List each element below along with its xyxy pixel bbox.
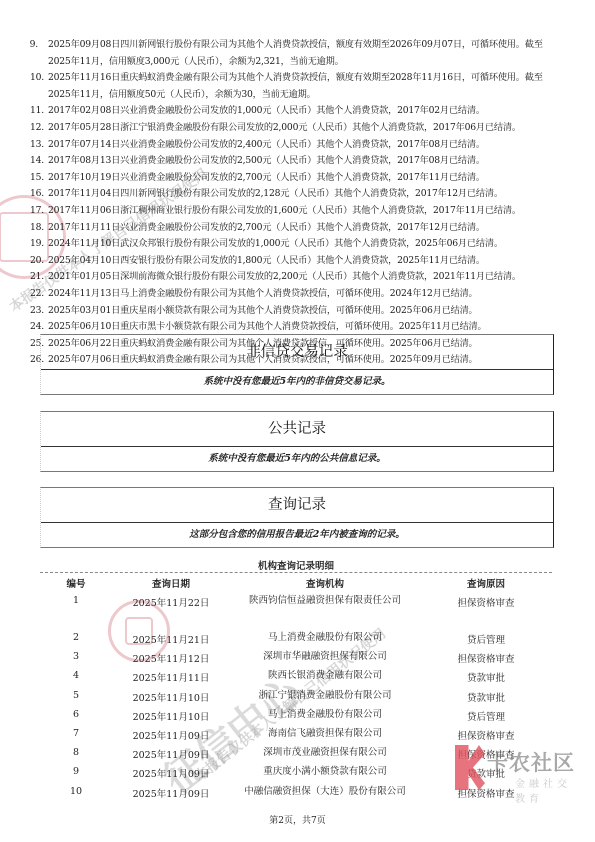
list-item-text: 2024年11月10日武汉众邦银行股份有限公司发放的1,000元（人民币）其他个…	[48, 238, 503, 249]
list-item: 21.2021年01月05日深圳前海微众银行股份有限公司发放的2,200元（人民…	[0, 269, 595, 286]
list-item-text: 2017年11月04日四川新网银行股份有限公司发放的2,128元（人民币）其他个…	[48, 188, 503, 199]
list-item-text: 2017年11月06日浙江稠州商业银行股份有限公司发放的1,600元（人民币）其…	[48, 205, 521, 216]
list-item-number: 26.	[0, 352, 44, 369]
cell-reason: 贷后管理	[420, 628, 552, 647]
cell-no: 5	[40, 686, 112, 705]
list-item: 23.2025年03月01日重庆星雨小额贷款有限公司为其他个人消费贷款授信，可循…	[0, 303, 595, 320]
cell-reason: 贷后管理	[420, 705, 552, 724]
list-item-number: 17.	[0, 203, 44, 220]
list-item: 14.2017年08月13日兴业消费金融股份公司发放的2,500元（人民币）其他…	[0, 153, 595, 170]
list-item-number: 16.	[0, 186, 44, 203]
cell-date: 2025年11月12日	[112, 647, 230, 666]
cell-no: 1	[40, 591, 112, 628]
table-row: 72025年11月09日海南信飞融资担保有限公司担保资格审查	[40, 724, 552, 743]
list-item: 10.2025年11月16日重庆蚂蚁消费金融有限公司为其他个人消费贷款授信，额度…	[0, 70, 595, 87]
list-item: 9.2025年09月08日四川新网银行股份有限公司为其他个人消费贷款授信，额度有…	[0, 37, 595, 54]
brand-watermark-logo: 卡农社区 金融社交教育	[455, 745, 575, 795]
cell-org: 马上消费金融股份有限公司	[230, 705, 420, 724]
list-item-number: 23.	[0, 303, 44, 320]
list-item-number: 11.	[0, 103, 44, 120]
cell-date: 2025年11月11日	[112, 666, 230, 685]
cell-no: 6	[40, 705, 112, 724]
cell-no: 8	[40, 743, 112, 762]
cell-org: 马上消费金融股份有限公司	[230, 628, 420, 647]
cell-date: 2025年11月09日	[112, 724, 230, 743]
cell-org: 陕西长银消费金融有限公司	[230, 666, 420, 685]
cell-org: 重庆度小满小额贷款有限公司	[230, 762, 420, 781]
column-header-reason: 查询原因	[420, 575, 552, 591]
list-item-number: 19.	[0, 236, 44, 253]
list-item: 15.2017年10月19日兴业消费金融股份公司发放的2,700元（人民币）其他…	[0, 170, 595, 187]
list-item-text: 2024年11月13日马上消费金融股份有限公司为其他个人消费贷款授信，可循环使用…	[48, 288, 478, 299]
page-number: 第2页，共7页	[0, 813, 595, 826]
list-item-number: 22.	[0, 286, 44, 303]
section-title: 公共记录	[41, 412, 553, 447]
account-list: 9.2025年09月08日四川新网银行股份有限公司为其他个人消费贷款授信，额度有…	[0, 37, 595, 369]
list-item: 2025年11月，信用额度3,000元（人民币），余额为2,321，当前无逾期。	[0, 54, 595, 71]
cell-date: 2025年11月10日	[112, 705, 230, 724]
brand-name: 卡农社区	[487, 747, 575, 777]
list-item: 11.2017年02月08日兴业消费金融股份公司发放的1,000元（人民币）其他…	[0, 103, 595, 120]
list-item-number: 15.	[0, 170, 44, 187]
list-item: 18.2017年11月11日兴业消费金融股份公司发放的2,700元（人民币）其他…	[0, 220, 595, 237]
cell-reason: 贷款审批	[420, 686, 552, 705]
list-item-text: 2017年07月14日兴业消费金融股份公司发放的2,400元（人民币）其他个人消…	[48, 139, 485, 150]
list-item-number: 12.	[0, 120, 44, 137]
section-title: 非信贷交易记录	[41, 335, 553, 370]
list-item-number: 20.	[0, 253, 44, 270]
list-item-text: 2017年02月08日兴业消费金融股份公司发放的1,000元（人民币）其他个人消…	[48, 105, 485, 116]
list-item: 20.2025年04月10日西安银行股份有限公司发放的1,800元（人民币）其他…	[0, 253, 595, 270]
list-item-text: 2017年10月19日兴业消费金融股份公司发放的2,700元（人民币）其他个人消…	[48, 172, 485, 183]
section-title: 查询记录	[41, 488, 553, 523]
inquiry-table-subtitle: 机构查询记录明细	[40, 558, 552, 572]
brand-subtitle: 金融社交教育	[515, 775, 575, 805]
list-item: 16.2017年11月04日四川新网银行股份有限公司发放的2,128元（人民币）…	[0, 186, 595, 203]
cell-date: 2025年11月09日	[112, 762, 230, 781]
table-row: 62025年11月10日马上消费金融股份有限公司贷后管理	[40, 705, 552, 724]
cell-no: 2	[40, 628, 112, 647]
list-item-text: 2025年11月，信用额度50元（人民币），余额为30，当前无逾期。	[48, 89, 316, 100]
list-item-text: 2017年05月28日浙江宁银消费金融股份有限公司发放的2,000元（人民币）其…	[48, 122, 521, 133]
table-row: 22025年11月21日马上消费金融股份有限公司贷后管理	[40, 628, 552, 647]
column-header-org: 查询机构	[230, 575, 420, 591]
cell-reason: 担保资格审查	[420, 647, 552, 666]
cell-org: 深圳市华融融资担保有限公司	[230, 647, 420, 666]
list-item-text: 2025年11月16日重庆蚂蚁消费金融有限公司为其他个人消费贷款授信，额度有效期…	[48, 72, 543, 83]
section-non-credit: 非信贷交易记录 系统中没有您最近5年内的非信贷交易记录。	[40, 334, 554, 395]
table-row: 42025年11月11日陕西长银消费金融有限公司贷款审批	[40, 666, 552, 685]
list-item-number: 10.	[0, 70, 44, 87]
list-item-text: 2017年08月13日兴业消费金融股份公司发放的2,500元（人民币）其他个人消…	[48, 155, 485, 166]
list-item: 19.2024年11月10日武汉众邦银行股份有限公司发放的1,000元（人民币）…	[0, 236, 595, 253]
cell-reason: 担保资格审查	[420, 591, 552, 628]
list-item-text: 2025年06月10日重庆市黑卡小额贷款有限公司为其他个人消费贷款授信，可循环使…	[48, 321, 487, 332]
list-item: 22.2024年11月13日马上消费金融股份有限公司为其他个人消费贷款授信，可循…	[0, 286, 595, 303]
brand-k-icon	[455, 745, 485, 790]
section-note: 这部分包含您的信用报告最近2年内被查询的记录。	[41, 523, 553, 547]
table-row: 12025年11月22日陕西钧信恒益融资担保有限责任公司担保资格审查	[40, 591, 552, 628]
column-header-date: 查询日期	[112, 575, 230, 591]
list-item-number: 9.	[0, 37, 38, 54]
cell-date: 2025年11月21日	[112, 628, 230, 647]
list-item: 12.2017年05月28日浙江宁银消费金融股份有限公司发放的2,000元（人民…	[0, 120, 595, 137]
cell-org: 深圳市茂业融资担保有限公司	[230, 743, 420, 762]
table-row: 32025年11月12日深圳市华融融资担保有限公司担保资格审查	[40, 647, 552, 666]
list-item-text: 2017年11月11日兴业消费金融股份公司发放的2,700元（人民币）其他个人消…	[48, 222, 485, 233]
list-item-text: 2025年04月10日西安银行股份有限公司发放的1,800元（人民币）其他个人消…	[48, 255, 485, 266]
cell-org: 海南信飞融资担保有限公司	[230, 724, 420, 743]
table-row: 52025年11月10日浙江宁银消费金融股份有限公司贷款审批	[40, 686, 552, 705]
cell-reason: 担保资格审查	[420, 724, 552, 743]
list-item: 2025年11月，信用额度50元（人民币），余额为30，当前无逾期。	[0, 87, 595, 104]
list-item-number: 21.	[0, 269, 44, 286]
list-item-text: 2025年09月08日四川新网银行股份有限公司为其他个人消费贷款授信，额度有效期…	[48, 39, 543, 50]
cell-no: 7	[40, 724, 112, 743]
cell-no: 3	[40, 647, 112, 666]
cell-date: 2025年11月22日	[112, 591, 230, 628]
cell-reason: 贷款审批	[420, 666, 552, 685]
list-item-number: 25.	[0, 336, 44, 353]
section-inquiry-records: 查询记录 这部分包含您的信用报告最近2年内被查询的记录。	[40, 487, 554, 548]
list-item-text: 2025年11月，信用额度3,000元（人民币），余额为2,321，当前无逾期。	[48, 56, 344, 67]
list-item-text: 2021年01月05日深圳前海微众银行股份有限公司发放的2,200元（人民币）其…	[48, 271, 521, 282]
list-item-number: 14.	[0, 153, 44, 170]
list-item-text: 2025年03月01日重庆星雨小额贷款有限公司为其他个人消费贷款授信，可循环使用…	[48, 305, 478, 316]
divider	[40, 572, 552, 573]
list-item-number: 24.	[0, 319, 44, 336]
list-item-number: 13.	[0, 137, 44, 154]
cell-date: 2025年11月09日	[112, 743, 230, 762]
section-note: 系统中没有您最近5年内的公共信息记录。	[41, 447, 553, 471]
cell-no: 4	[40, 666, 112, 685]
section-public-records: 公共记录 系统中没有您最近5年内的公共信息记录。	[40, 411, 554, 472]
list-item-number: 18.	[0, 220, 44, 237]
list-item: 17.2017年11月06日浙江稠州商业银行股份有限公司发放的1,600元（人民…	[0, 203, 595, 220]
cell-no: 9	[40, 762, 112, 781]
section-note: 系统中没有您最近5年内的非信贷交易记录。	[41, 370, 553, 394]
list-item: 13.2017年07月14日兴业消费金融股份公司发放的2,400元（人民币）其他…	[0, 137, 595, 154]
cell-org: 陕西钧信恒益融资担保有限责任公司	[230, 591, 420, 628]
cell-org: 浙江宁银消费金融股份有限公司	[230, 686, 420, 705]
cell-date: 2025年11月10日	[112, 686, 230, 705]
column-header-no: 编号	[40, 575, 112, 591]
